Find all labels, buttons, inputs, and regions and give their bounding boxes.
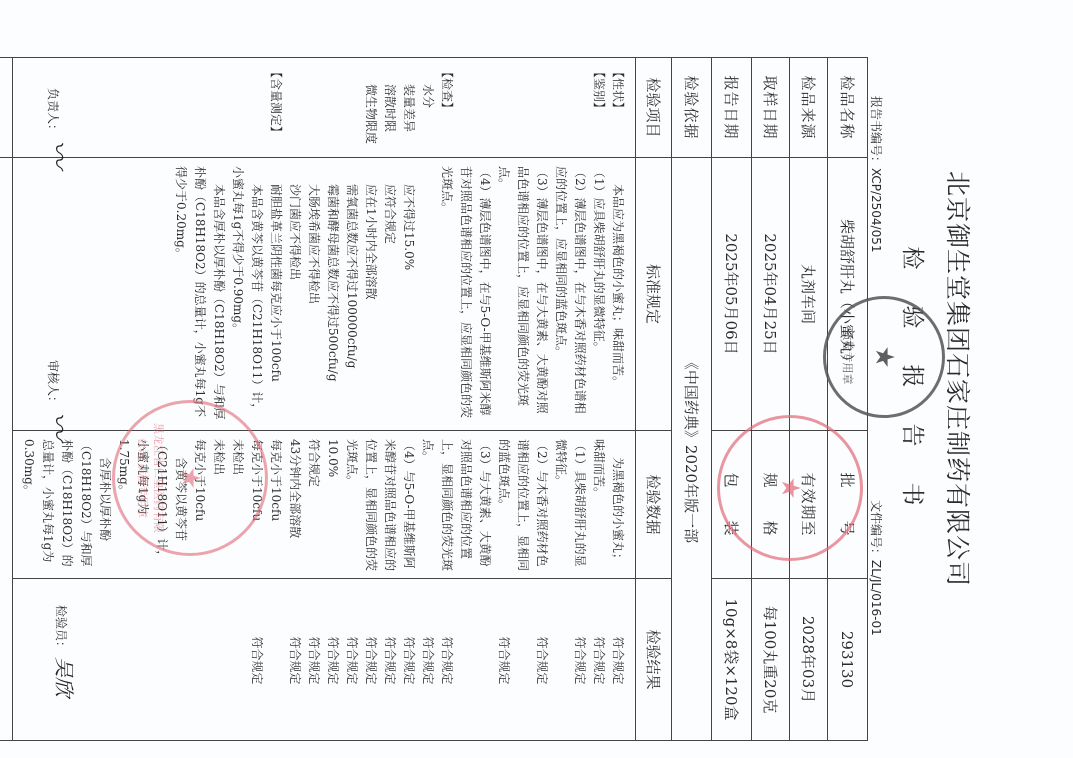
- star-icon: ★: [775, 476, 805, 499]
- gray-qc-stamp: ★ 质检专用章: [823, 296, 945, 418]
- result-traits: 符合规定: [608, 587, 627, 734]
- check-item-weight-variation: 装量差异: [399, 66, 418, 151]
- check-standard-5: 霉菌和酵母菌总数应不得过500cfu/g: [323, 166, 342, 424]
- signature-reviewer: 审核人： 〰︎: [40, 360, 80, 440]
- label-source: 检品来源: [790, 58, 828, 158]
- result-assay-2: 符合规定: [247, 587, 266, 734]
- check-standard-3: 应在1小时内全部溶散: [361, 166, 380, 424]
- inspection-table: 检品名称 柴胡舒肝丸（小蜜丸） 批 号 293130 检品来源 丸剂车间 有效期…: [0, 57, 868, 741]
- test-items-column: 【性状】 【鉴别】 【检查】 水分 装量差异 溶散时限 微生物限度 【含量测定】: [13, 58, 636, 158]
- header-item: 检验项目: [636, 58, 672, 158]
- section-check-label: 【检查】: [437, 66, 456, 151]
- result-assay-1: 符合规定: [285, 587, 304, 734]
- identify-data-1: （1）具柴胡舒肝丸的显微特征。: [551, 439, 589, 572]
- row-conclusion: 结论 本品按《中国药典》2020年版一部检验，结果符合规定。: [0, 58, 13, 741]
- inspection-report-page: 北京御生堂集团石家庄制药有限公司 检验报告书 报告书编号：XCP/2504/05…: [0, 0, 1073, 758]
- value-batch-no: 293130: [828, 579, 868, 741]
- value-packaging: 10g×8袋×120盒: [712, 579, 752, 741]
- section-traits-label: 【性状】: [608, 66, 627, 151]
- company-name: 北京御生堂集团石家庄制药有限公司: [941, 0, 977, 758]
- identify-standard-3: （3）薄层色谱图中，在与大黄素、大黄酚对照品色谱相应的位置上，应显相同颜色的荧光…: [494, 166, 551, 424]
- identify-data-4: （4）与5-O-甲基维斯阿米醇苷对照品色谱相应的位置上，显相同颜色的荧光斑点。: [342, 439, 418, 572]
- responsible-label: 负责人：: [46, 88, 60, 136]
- result-check-6: 符合规定: [342, 587, 361, 734]
- report-number: 报告书编号：XCP/2504/051: [868, 96, 885, 253]
- reviewer-label: 审核人：: [46, 360, 60, 408]
- result-identify-3: 符合规定: [532, 587, 551, 734]
- value-spec: 每100丸重20克: [752, 579, 790, 741]
- result-check-8: 符合规定: [304, 587, 323, 734]
- value-conclusion: 本品按《中国药典》2020年版一部检验，结果符合规定。: [0, 158, 13, 741]
- result-check-4: 符合规定: [380, 587, 399, 734]
- section-identify-label: 【鉴别】: [589, 66, 608, 151]
- reviewer-signature-scribble: 〰︎: [42, 412, 75, 440]
- result-identify-2: 符合规定: [570, 587, 589, 734]
- gray-stamp-text: 质检专用章: [840, 330, 856, 385]
- assay-data-2: 含厚朴以厚朴酚（C18H18O2）与和厚朴酚（C18H18O2）的总量计，小蜜丸…: [19, 439, 114, 572]
- star-icon: ★: [869, 345, 899, 368]
- responsible-signature-scribble: 〰︎: [42, 140, 75, 168]
- report-number-value: XCP/2504/051: [869, 168, 883, 253]
- check-item-moisture: 水分: [418, 66, 437, 151]
- value-report-date: 2025年05月06日: [712, 158, 752, 431]
- result-identify-1: 符合规定: [589, 587, 608, 734]
- assay-standard-2: 本品含厚朴以厚朴酚（C18H18O2）与和厚朴酚（C18H18O2）的总量计，小…: [171, 166, 228, 424]
- identify-data-3: （3）与大黄素、大黄酚对照品色谱相应的位置上，显相同颜色的荧光斑点。: [418, 439, 494, 572]
- row-report-date: 报告日期 2025年05月06日 包 装 10g×8袋×120盒: [712, 58, 752, 741]
- red-company-stamp-bottom: ★ 黑龙江省仁皇医药有限公司 质检专用章: [112, 400, 268, 556]
- identify-standard-1: （1）应具柴胡舒肝丸的显微特征。: [589, 166, 608, 424]
- red-company-stamp-top: ★: [717, 415, 863, 561]
- identify-data-2: （2）与木香对照药材色谱相应的位置上，显相同的蓝色斑点。: [494, 439, 551, 572]
- check-standard-2: 应符合规定: [380, 166, 399, 424]
- data-column: 为黑褐色的小蜜丸；味甜而苦。 （1）具柴胡舒肝丸的显微特征。 （2）与木香对照药…: [13, 431, 636, 579]
- identify-standard-2: （2）薄层色谱图中，在与木香对照药材色谱相应的位置上，应显相同的蓝色斑点。: [551, 166, 589, 424]
- label-conclusion: 结论: [0, 58, 13, 158]
- check-standard-8: 耐胆盐革兰阴性菌每克应小于100cfu: [266, 166, 285, 424]
- result-column: 符合规定 符合规定 符合规定 符合规定 符合规定 符合规定 符合规定 符合规定 …: [13, 579, 636, 741]
- result-check-1: 符合规定: [437, 587, 456, 734]
- traits-data: 为黑褐色的小蜜丸；味甜而苦。: [589, 439, 627, 572]
- row-sampling-date: 取样日期 2025年04月25日 规 格 每100丸重20克: [752, 58, 790, 741]
- check-standard-7: 沙门菌应不得检出: [285, 166, 304, 424]
- check-item-microbial-limit: 微生物限度: [361, 66, 380, 151]
- report-number-label: 报告书编号：: [869, 96, 883, 168]
- result-check-7: 符合规定: [323, 587, 342, 734]
- header-standard: 标准规定: [636, 158, 672, 431]
- check-data-1: 10.0%: [323, 439, 342, 572]
- check-item-disintegration: 溶散时限: [380, 66, 399, 151]
- value-expiry: 2028年03月: [790, 579, 828, 741]
- value-source: 丸剂车间: [790, 158, 828, 431]
- check-standard-1: 应不得过15.0%: [399, 166, 418, 424]
- signature-responsible: 负责人： 〰︎: [40, 88, 80, 168]
- result-identify-4: 符合规定: [494, 587, 513, 734]
- row-column-headers: 检验项目 标准规定 检验数据 检验结果: [636, 58, 672, 741]
- result-check-5: 符合规定: [361, 587, 380, 734]
- row-test-body: 【性状】 【鉴别】 【检查】 水分 装量差异 溶散时限 微生物限度 【含量测定】…: [13, 58, 636, 741]
- inspector-label: 检验员：: [54, 605, 68, 653]
- result-check-3: 符合规定: [399, 587, 418, 734]
- check-data-3: 43分钟内全部溶散: [285, 439, 304, 572]
- header-data: 检验数据: [636, 431, 672, 579]
- section-assay-label: 【含量测定】: [266, 66, 285, 151]
- value-basis: 《中国药典》2020年版一部: [672, 158, 712, 741]
- identify-standard-4: （4）薄层色谱图中，在与5-O-甲基维斯阿米醇苷对照品色谱相应的位置上，应显相同…: [437, 166, 494, 424]
- label-basis: 检验依据: [672, 58, 712, 158]
- traits-standard: 本品应为黑褐色的小蜜丸；味甜而苦。: [608, 166, 627, 424]
- label-product-name: 检品名称: [828, 58, 868, 158]
- assay-standard-1: 本品含黄芩以黄芩苷（C21H18O11）计，小蜜丸每1g不得少于0.90mg。: [228, 166, 266, 424]
- check-standard-6: 大肠埃希菌应不得检出: [304, 166, 323, 424]
- check-standard-4: 需氧菌总数应不得过100000cfu/g: [342, 166, 361, 424]
- star-icon: ★: [175, 466, 205, 489]
- standard-column: 本品应为黑褐色的小蜜丸；味甜而苦。 （1）应具柴胡舒肝丸的显微特征。 （2）薄层…: [13, 158, 636, 431]
- row-source: 检品来源 丸剂车间 有效期至 2028年03月: [790, 58, 828, 741]
- result-check-2: 符合规定: [418, 587, 437, 734]
- inspector-signature: 吴欣: [52, 657, 76, 697]
- file-number-value: ZL/JL/016-01: [869, 560, 883, 636]
- check-data-4: 每克小于10cfu: [266, 439, 285, 572]
- header-result: 检验结果: [636, 579, 672, 741]
- file-number: 文件编号：ZL/JL/016-01: [868, 500, 885, 636]
- check-data-2: 符合规定: [304, 439, 323, 572]
- red-stamp-text: 黑龙江省仁皇医药有限公司 质检专用章: [135, 423, 167, 533]
- value-sampling-date: 2025年04月25日: [752, 158, 790, 431]
- file-number-label: 文件编号：: [869, 500, 883, 560]
- label-report-date: 报告日期: [712, 58, 752, 158]
- signature-inspector: 检验员： 吴欣: [51, 605, 80, 697]
- label-sampling-date: 取样日期: [752, 58, 790, 158]
- row-basis: 检验依据 《中国药典》2020年版一部: [672, 58, 712, 741]
